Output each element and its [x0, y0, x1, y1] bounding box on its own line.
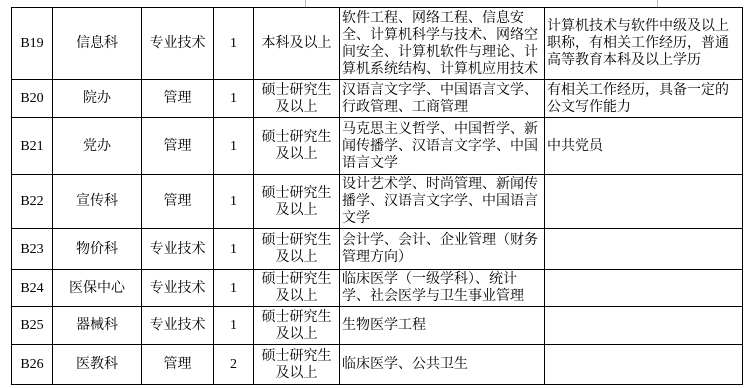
cell-majors-required: 临床医学（一级学科）、统计学、社会医学与卫生事业管理: [340, 270, 545, 307]
cell-position-category: 专业技术: [142, 229, 214, 270]
cell-majors-required: 马克思主义哲学、中国哲学、新闻传播学、汉语言文字学、中国语言文学: [340, 118, 545, 175]
cell-department: 物价科: [53, 229, 142, 270]
cell-headcount: 1: [214, 118, 254, 175]
cell-headcount: 1: [214, 270, 254, 307]
cell-position-category: 管理: [142, 345, 214, 385]
cell-education-required: 硕士研究生 及以上: [254, 80, 340, 118]
cell-education-required: 硕士研究生 及以上: [254, 175, 340, 229]
cell-department: 党办: [53, 118, 142, 175]
cell-other-requirements: [545, 307, 743, 345]
cell-headcount: 1: [214, 175, 254, 229]
cell-other-requirements: [545, 270, 743, 307]
cell-headcount: 1: [214, 307, 254, 345]
cell-headcount: 2: [214, 345, 254, 385]
cell-majors-required: 设计艺术学、时尚管理、新闻传播学、汉语言文字学、中国语言文学: [340, 175, 545, 229]
cell-majors-required: 会计学、会计、企业管理（财务管理方向）: [340, 229, 545, 270]
cell-department: 医教科: [53, 345, 142, 385]
cell-position-code: B24: [12, 270, 53, 307]
cell-education-required: 硕士研究生 及以上: [254, 345, 340, 385]
table-row: B20 院办 管理 1 硕士研究生 及以上 汉语言文字学、中国语言文学、行政管理…: [12, 80, 743, 118]
table-row: B23 物价科 专业技术 1 硕士研究生 及以上 会计学、会计、企业管理（财务管…: [12, 229, 743, 270]
cell-education-required: 硕士研究生 及以上: [254, 307, 340, 345]
cell-position-code: B25: [12, 307, 53, 345]
cell-department: 医保中心: [53, 270, 142, 307]
job-table-body: B19 信息科 专业技术 1 本科及以上 软件工程、网络工程、信息安全、计算机科…: [12, 8, 743, 385]
cell-other-requirements: 计算机技术与软件中级及以上职称，有相关工作经历，普通高等教育本科及以上学历: [545, 8, 743, 80]
cell-position-code: B20: [12, 80, 53, 118]
cell-department: 宣传科: [53, 175, 142, 229]
table-row: B26 医教科 管理 2 硕士研究生 及以上 临床医学、公共卫生: [12, 345, 743, 385]
cell-department: 信息科: [53, 8, 142, 80]
cell-majors-required: 临床医学、公共卫生: [340, 345, 545, 385]
cell-position-category: 管理: [142, 80, 214, 118]
cell-headcount: 1: [214, 229, 254, 270]
cell-other-requirements: [545, 175, 743, 229]
cell-other-requirements: [545, 229, 743, 270]
table-row: B22 宣传科 管理 1 硕士研究生 及以上 设计艺术学、时尚管理、新闻传播学、…: [12, 175, 743, 229]
cell-other-requirements: [545, 345, 743, 385]
cell-majors-required: 软件工程、网络工程、信息安全、计算机科学与技术、网络空间安全、计算机软件与理论、…: [340, 8, 545, 80]
table-row: B21 党办 管理 1 硕士研究生 及以上 马克思主义哲学、中国哲学、新闻传播学…: [12, 118, 743, 175]
cell-position-code: B22: [12, 175, 53, 229]
cell-headcount: 1: [214, 80, 254, 118]
cell-position-code: B21: [12, 118, 53, 175]
cell-other-requirements: 有相关工作经历，具备一定的公文写作能力: [545, 80, 743, 118]
cell-position-code: B23: [12, 229, 53, 270]
table-row: B25 器械科 专业技术 1 硕士研究生 及以上 生物医学工程: [12, 307, 743, 345]
cell-position-category: 管理: [142, 118, 214, 175]
cell-education-required: 硕士研究生 及以上: [254, 270, 340, 307]
table-row: B19 信息科 专业技术 1 本科及以上 软件工程、网络工程、信息安全、计算机科…: [12, 8, 743, 80]
cell-position-category: 管理: [142, 175, 214, 229]
cell-other-requirements: 中共党员: [545, 118, 743, 175]
cell-department: 器械科: [53, 307, 142, 345]
cell-majors-required: 汉语言文字学、中国语言文学、行政管理、工商管理: [340, 80, 545, 118]
cell-department: 院办: [53, 80, 142, 118]
cell-education-required: 硕士研究生 及以上: [254, 118, 340, 175]
cell-position-category: 专业技术: [142, 307, 214, 345]
cell-position-category: 专业技术: [142, 270, 214, 307]
cell-position-category: 专业技术: [142, 8, 214, 80]
cell-position-code: B26: [12, 345, 53, 385]
cell-headcount: 1: [214, 8, 254, 80]
cell-education-required: 硕士研究生 及以上: [254, 229, 340, 270]
cell-position-code: B19: [12, 8, 53, 80]
table-row: B24 医保中心 专业技术 1 硕士研究生 及以上 临床医学（一级学科）、统计学…: [12, 270, 743, 307]
cell-education-required: 本科及以上: [254, 8, 340, 80]
cell-majors-required: 生物医学工程: [340, 307, 545, 345]
recruitment-positions-table: B19 信息科 专业技术 1 本科及以上 软件工程、网络工程、信息安全、计算机科…: [11, 7, 743, 385]
